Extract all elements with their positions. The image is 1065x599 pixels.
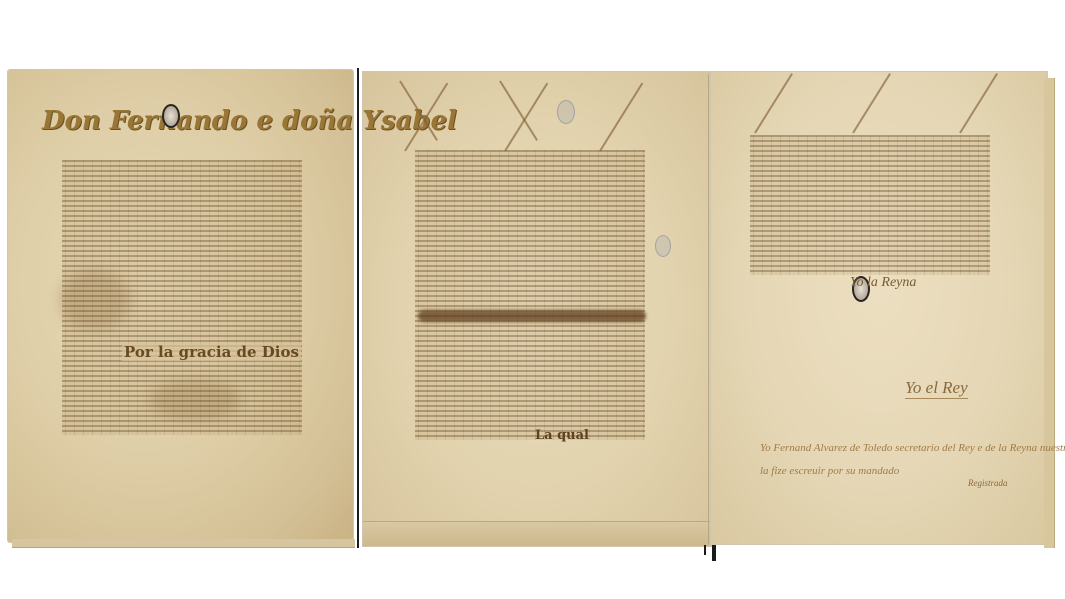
notary-line-1: Yo Fernand Alvarez de Toledo secretario … — [760, 442, 1065, 454]
scan-divider — [357, 68, 359, 548]
ink-damage-band — [418, 310, 646, 322]
faded-seal-icon — [655, 235, 671, 257]
notary-line-2: la fize escreuir por su mandado — [760, 465, 899, 477]
manuscript-text-right: [dense illegible manuscript text] — [750, 135, 990, 275]
section-heading: Por la gracia de Dios — [122, 343, 301, 361]
manuscript-text-left: [dense illegible manuscript text] — [62, 160, 302, 435]
closing-word: La qual — [535, 428, 589, 443]
rubric-signature: Yo la Reyna — [850, 275, 916, 291]
faded-seal-icon — [557, 100, 575, 124]
folio-left-underlayer — [12, 539, 355, 548]
registry-rubric: Registrada — [968, 478, 1008, 488]
spine-mark — [704, 545, 706, 555]
seal-stamp-icon — [162, 104, 180, 128]
king-signature: Yo el Rey — [905, 378, 968, 399]
folio-middle-fold — [363, 521, 711, 546]
spine-mark — [712, 545, 716, 561]
illuminated-heading: Don Fernando e doña Ysabel — [42, 106, 457, 136]
binding-spine — [708, 74, 709, 544]
folio-right-edge — [1044, 78, 1055, 548]
manuscript-text-middle: [dense illegible manuscript text] — [415, 150, 645, 440]
